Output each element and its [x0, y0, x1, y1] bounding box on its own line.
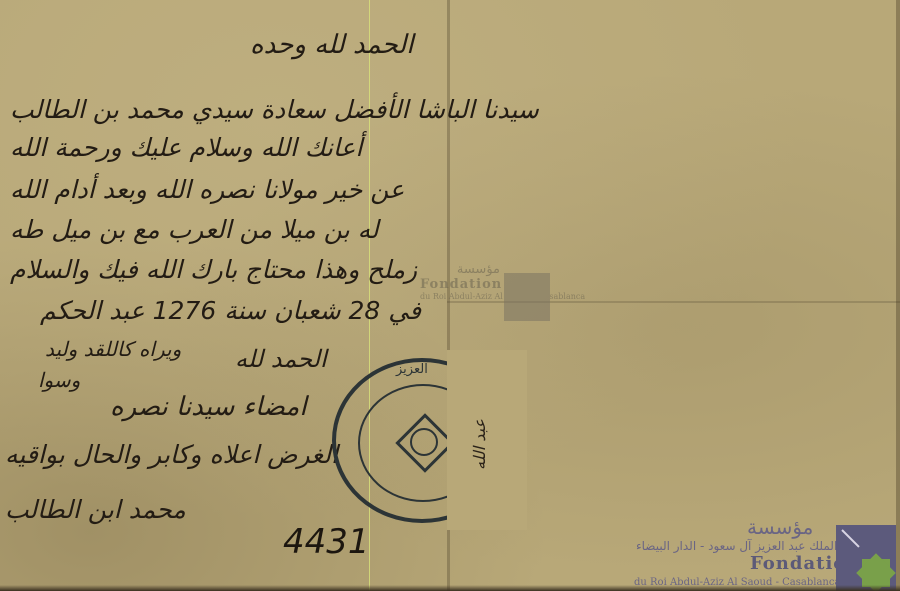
watermark-bottom-right: مؤسسة الملك عبد العزيز آل سعود - الدار ا…: [632, 515, 900, 591]
rosette-icon: [410, 428, 438, 456]
manuscript-signature: محمد ابن الطالب: [5, 495, 186, 524]
catalog-number: 4431: [283, 522, 370, 562]
manuscript-subheading: الحمد لله: [235, 345, 327, 373]
logo-diagonal: [841, 529, 859, 547]
manuscript-line: زملح وهذا محتاج بارك الله فيك والسلام: [10, 255, 417, 284]
manuscript-line: أعانك الله وسلام عليك ورحمة الله: [10, 133, 362, 162]
page-edge-right: [896, 0, 900, 591]
watermark-center: مؤسسة Fondation du Roi Abdul-Aziz Al Sao…: [420, 262, 585, 301]
watermark-latin-subtitle: du Roi Abdul-Aziz Al Saoud - Casablanca: [420, 292, 585, 301]
watermark-arabic-title: مؤسسة: [747, 515, 813, 539]
watermark-latin-title: Fondation: [420, 277, 585, 292]
manuscript-line: وسوا: [38, 368, 80, 392]
manuscript-line: سيدنا الباشا الأفضل سعادة سيدي محمد بن ا…: [10, 95, 539, 124]
manuscript-date-line: في 28 شعبان سنة 1276 عبد الحكم: [40, 296, 421, 325]
side-note: عبد الله: [470, 419, 489, 470]
watermark-arabic-title: مؤسسة: [420, 262, 500, 277]
seal-text: العزيز: [396, 362, 428, 377]
manuscript-line: امضاء سيدنا نصره: [110, 392, 307, 422]
manuscript-line: له بن ميلا من العرب مع بن ميل طه: [10, 215, 379, 244]
manuscript-line: ويراه كاللقد وليد: [45, 337, 181, 361]
foundation-logo-icon: [836, 525, 896, 591]
watermark-arabic-subtitle: الملك عبد العزيز آل سعود - الدار البيضاء: [636, 539, 837, 553]
page-edge-bottom: [0, 585, 900, 591]
manuscript-line: عن خير مولانا نصره الله وبعد أدام الله: [10, 175, 404, 204]
foundation-logo-icon: [504, 273, 550, 321]
manuscript-line: الغرض اعلاه وكابر والحال بواقيه: [5, 440, 338, 469]
manuscript-heading: الحمد لله وحده: [250, 30, 414, 60]
